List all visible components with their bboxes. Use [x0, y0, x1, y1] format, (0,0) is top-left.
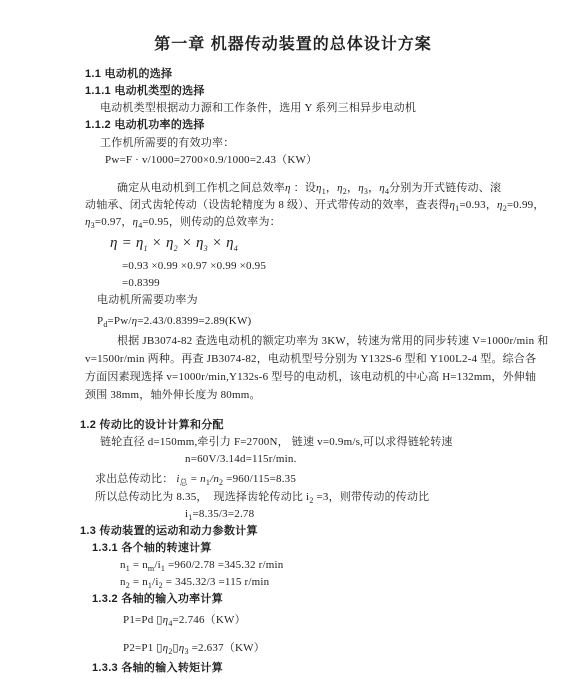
eta-calc-line1: =0.93 ×0.99 ×0.97 ×0.99 ×0.95 — [122, 258, 586, 275]
motor-select-para-line3: 方面因素现选择 v=1000r/min,Y132s-6 型号的电动机，该电动机的… — [85, 368, 586, 386]
efficiency-para-line1: 确定从电动机到工作机之间总效率η ：设η1，η2，η3，η4分别为开式链传动、滚 — [117, 180, 586, 197]
effective-power-label: 工作机所需要的有效功率： — [100, 135, 586, 152]
motor-select-para-line1: 根据 JB3074-82 查选电动机的额定功率为 3KW，转速为常用的同步转速 … — [117, 332, 586, 350]
total-ratio-line: 求出总传动比： i总 = n1/n2 =960/115=8.35 — [95, 471, 586, 488]
heading-1-1-2: 1.1.2 电动机功率的选择 — [85, 117, 586, 134]
p2-line: P2=P1 ▯η2▯η3 =2.637（KW） — [123, 640, 586, 657]
pw-formula: Pw=F · v/1000=2700×0.9/1000=2.43（KW） — [105, 152, 586, 169]
motor-type-body: 电动机类型根据动力源和工作条件，选用 Y 系列三相异步电动机 — [100, 100, 586, 117]
motor-select-para-line2: v=1500r/min 两种。再查 JB3074-82，电动机型号分别为 Y13… — [85, 350, 586, 368]
eta-product-formula: η = η1 × η2 × η3 × η4 — [110, 231, 586, 255]
heading-1-3-3: 1.3.3 各轴的输入转矩计算 — [92, 660, 586, 677]
p1-line: P1=Pd ▯η4=2.746（KW） — [123, 612, 586, 629]
motor-select-para-line4: 颈围 38mm，轴外伸长度为 80mm。 — [85, 386, 586, 404]
ratio-choice-line: 所以总传动比为 8.35， 现选择齿轮传动比 i2 =3，则带传动的传动比 — [95, 489, 586, 506]
heading-1-3-2: 1.3.2 各轴的输入功率计算 — [92, 591, 586, 608]
heading-1-2: 1.2 传动比的设计计算和分配 — [80, 417, 586, 434]
chapter-title: 第一章 机器传动装置的总体设计方案 — [0, 34, 586, 56]
document-lines: 第一章 机器传动装置的总体设计方案1.1 电动机的选择1.1.1 电动机类型的选… — [0, 34, 586, 677]
efficiency-para-line3: η3=0.97，η4=0.95，则传动的总效率为： — [85, 214, 586, 231]
motor-power-label: 电动机所需要功率为 — [97, 292, 586, 309]
heading-1-3-1: 1.3.1 各个轴的转速计算 — [92, 540, 586, 557]
heading-1-3: 1.3 传动装置的运动和动力参数计算 — [80, 523, 586, 540]
heading-1-1-1: 1.1.1 电动机类型的选择 — [85, 83, 586, 100]
efficiency-para-line2: 动轴承、闭式齿轮传动（设齿轮精度为 8 级）、开式带传动的效率，查表得η1=0.… — [85, 197, 586, 214]
n1-line: n1 = nm/i1 =960/2.78 =345.32 r/min — [120, 557, 586, 574]
i1-line: i1=8.35/3=2.78 — [185, 506, 586, 523]
eta-calc-line2: =0.8399 — [122, 275, 586, 292]
pd-formula: Pd=Pw/η=2.43/0.8399=2.89(KW) — [97, 313, 586, 330]
n-formula: n=60V/3.14d=115r/min. — [185, 451, 586, 468]
heading-1-1: 1.1 电动机的选择 — [85, 66, 586, 83]
n2-line: n2 = n1/i2 = 345.32/3 =115 r/min — [120, 574, 586, 591]
document-page: 第一章 机器传动装置的总体设计方案1.1 电动机的选择1.1.1 电动机类型的选… — [0, 0, 586, 679]
sprocket-line: 链轮直径 d=150mm,牵引力 F=2700N， 链速 v=0.9m/s,可以… — [100, 434, 586, 451]
